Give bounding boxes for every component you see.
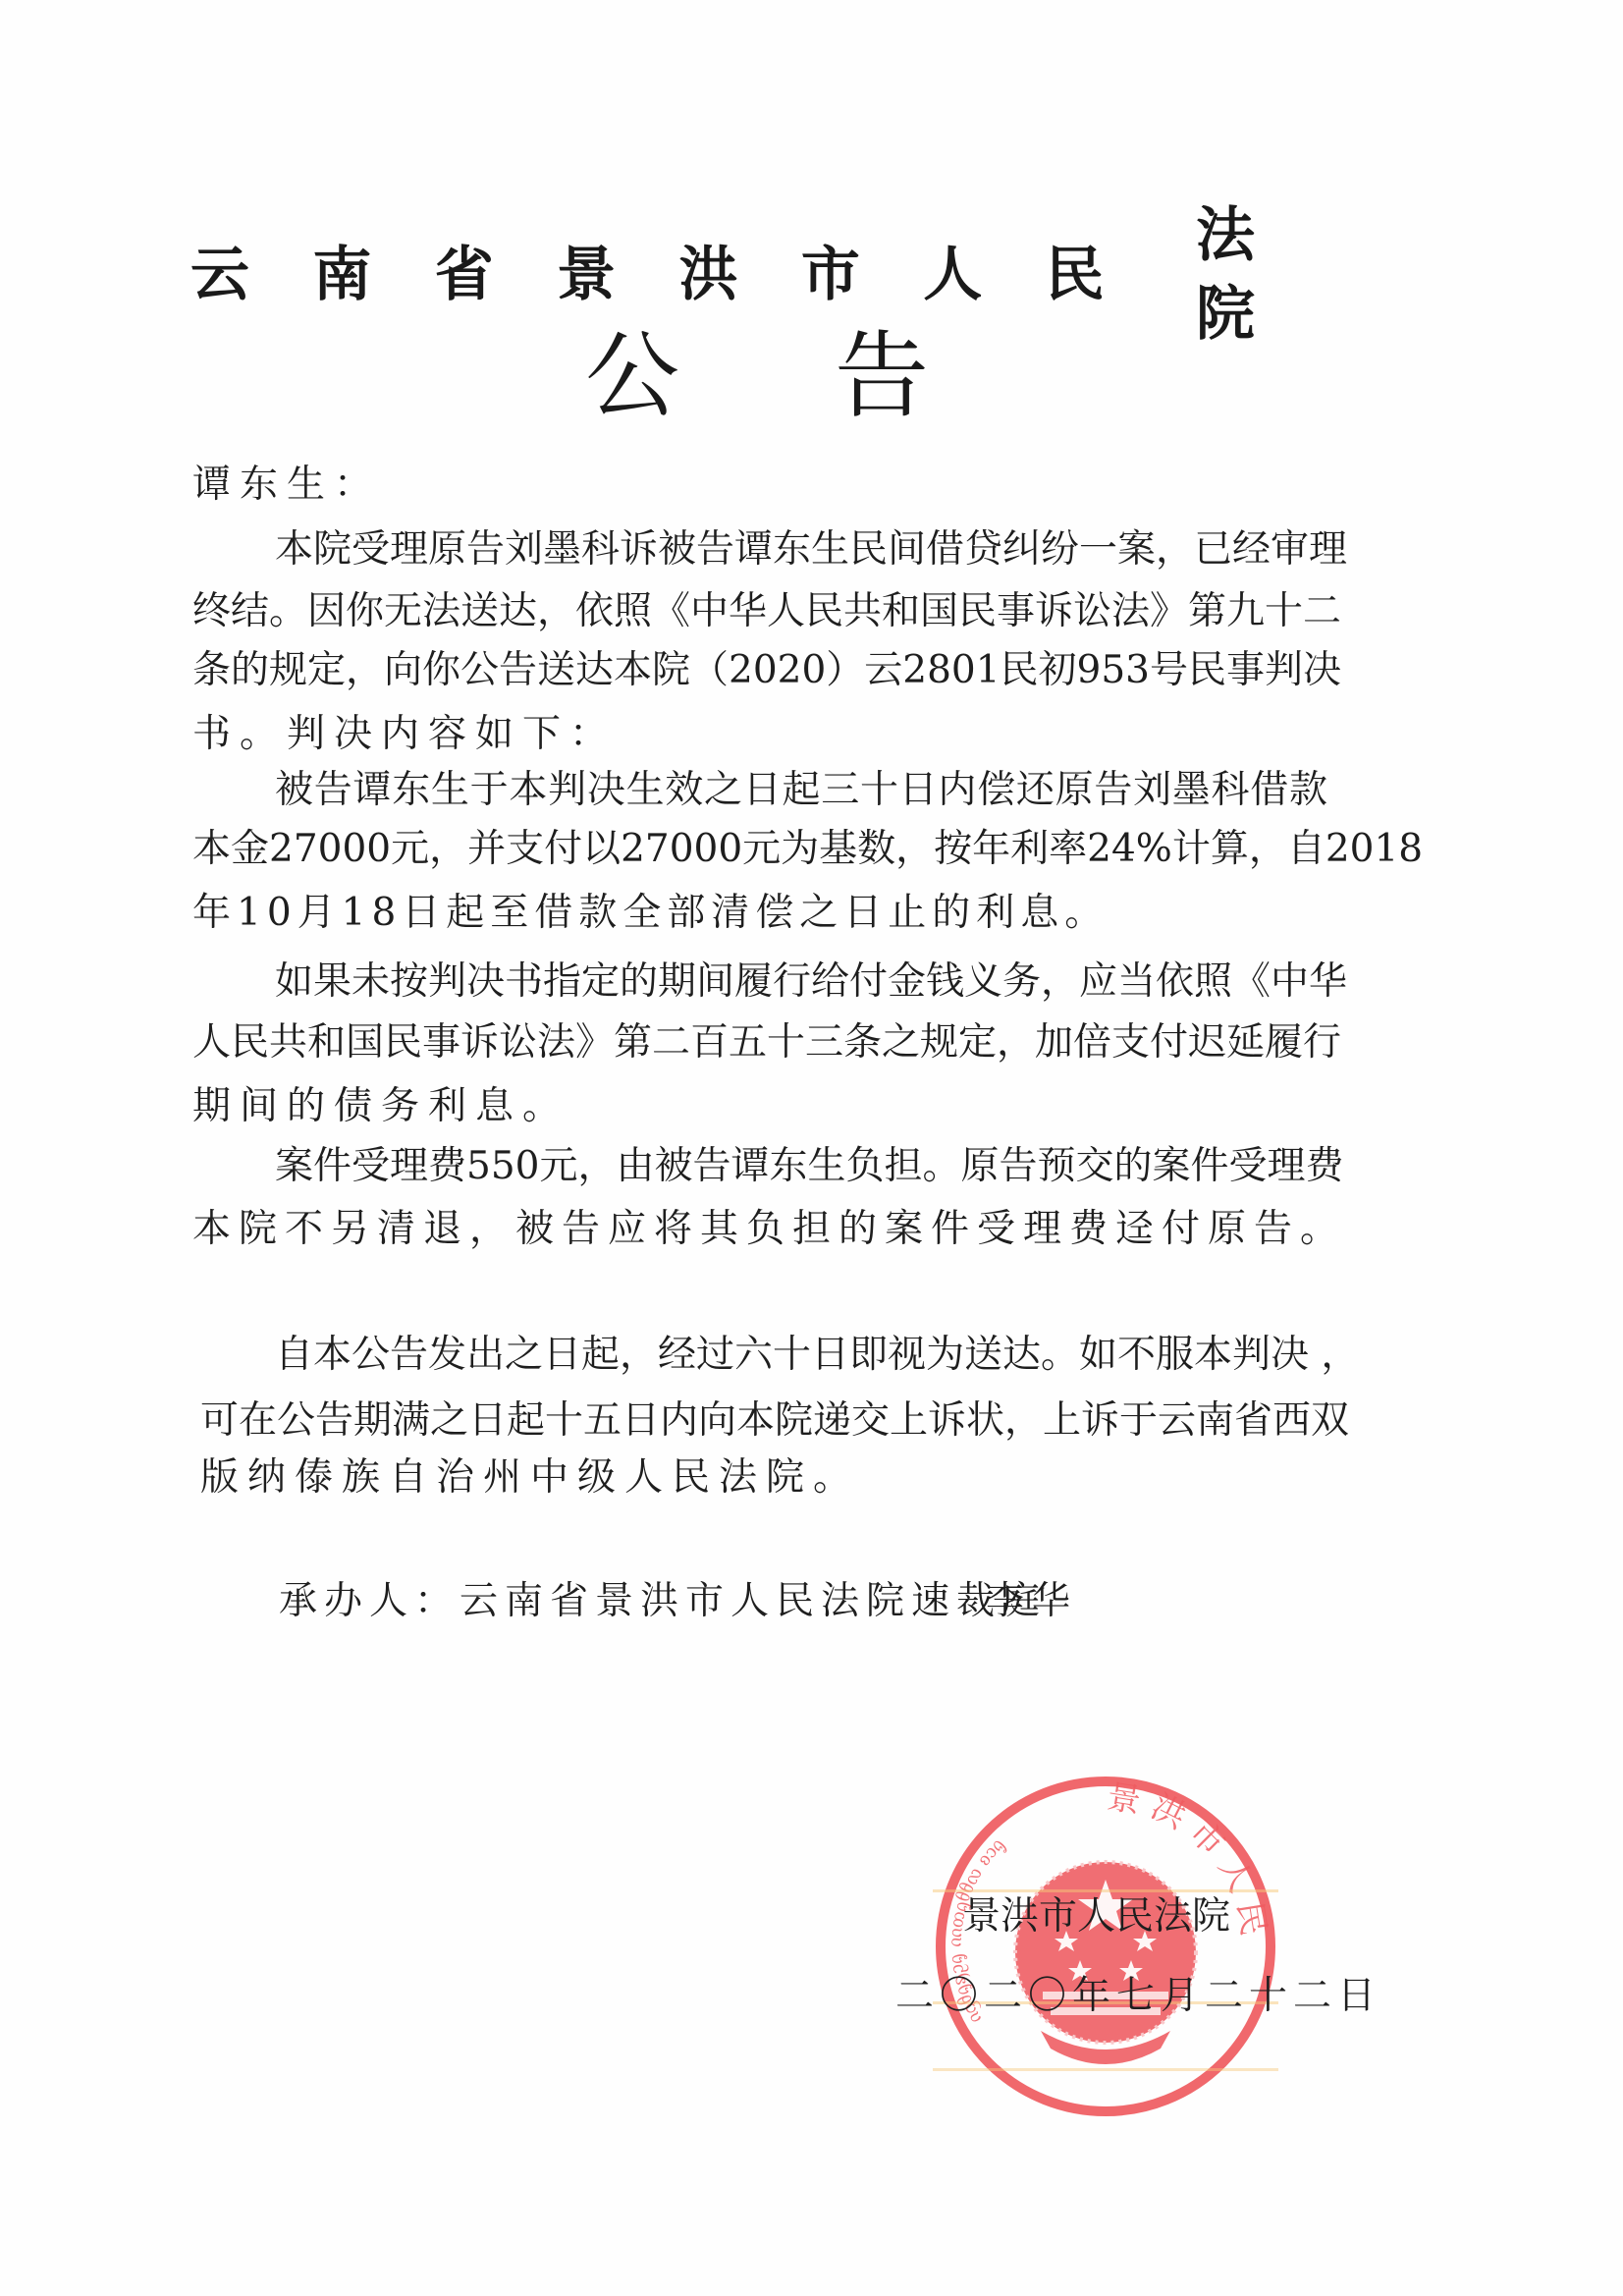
body-line: 案件受理费550元，由被告谭东生负担。原告预交的案件受理费 <box>275 1139 1327 1194</box>
court-name-char: 云 <box>189 236 251 314</box>
court-name-char: 市 <box>799 236 862 314</box>
body-line: 版纳傣族自治州中级人民法院。 <box>200 1450 1335 1505</box>
body-line: 条的规定，向你公告送达本院（2020）云2801民初953号民事判决 <box>192 643 1327 698</box>
court-name-char: 人 <box>921 236 984 314</box>
body-line: 期间的债务利息。 <box>192 1079 1327 1134</box>
body-line: 年10月18日起至借款全部清偿之日止的利息。 <box>192 886 1327 941</box>
body-line: 被告谭东生于本判决生效之日起三十日内偿还原告刘墨科借款 <box>275 763 1327 818</box>
court-name-char: 洪 <box>677 236 740 314</box>
court-name-heading: 云 南 省 景 洪 市 人 民 法院 <box>189 236 1313 314</box>
court-seal-icon: ᦵᦋᦲᧂᦣᦳᧂ ᦶᦎᧂᦲᦲᦟ ᦈᦱᧂ 景洪市人民法院 <box>933 1774 1278 2119</box>
body-line: 书。判决内容如下： <box>192 707 1327 762</box>
court-name-char: 南 <box>310 236 373 314</box>
body-line: 自本公告发出之日起，经过六十日即视为送达。如不服本判决 ， <box>275 1328 1327 1383</box>
body-line: 本院受理原告刘墨科诉被告谭东生民间借贷纠纷一案，已经审理 <box>275 522 1327 577</box>
addressee: 谭东生： <box>192 458 1327 513</box>
handler-label: 承办人：云南省景洪市人民法院速裁庭 <box>279 1577 1047 1626</box>
body-line: 如果未按判决书指定的期间履行给付金钱义务，应当依照《中华 <box>275 955 1327 1010</box>
court-name-char: 民 <box>1044 236 1107 314</box>
body-line: 人民共和国民事诉讼法》第二百五十三条之规定，加倍支付迟延履行 <box>192 1015 1327 1070</box>
notice-title: 公 告 <box>585 322 929 430</box>
body-line: 本院不另清退，被告应将其负担的案件受理费迳付原告。 <box>192 1202 1327 1257</box>
issue-date: 二〇二〇年七月二十二日 <box>895 1972 1381 2021</box>
document-page: 云 南 省 景 洪 市 人 民 法院 公 告 谭东生： 本院受理原告刘墨科诉被告… <box>0 0 1623 2296</box>
body-line: 本金27000元，并支付以27000元为基数，按年利率24%计算，自2018 <box>192 822 1327 877</box>
court-name-char: 省 <box>433 236 496 314</box>
body-line: 可在公告期满之日起十五日内向本院递交上诉状，上诉于云南省西双 <box>200 1394 1331 1449</box>
handler-name: 李华 <box>986 1577 1078 1626</box>
body-line: 终结。因你无法送达，依照《中华人民共和国民事诉讼法》第九十二 <box>192 584 1327 639</box>
issuer-name: 景洪市人民法院 <box>962 1892 1230 1941</box>
notice-title-char: 公 <box>585 322 679 430</box>
court-name-char: 法院 <box>1165 196 1313 354</box>
notice-title-char: 告 <box>835 322 929 430</box>
court-name-char: 景 <box>555 236 618 314</box>
